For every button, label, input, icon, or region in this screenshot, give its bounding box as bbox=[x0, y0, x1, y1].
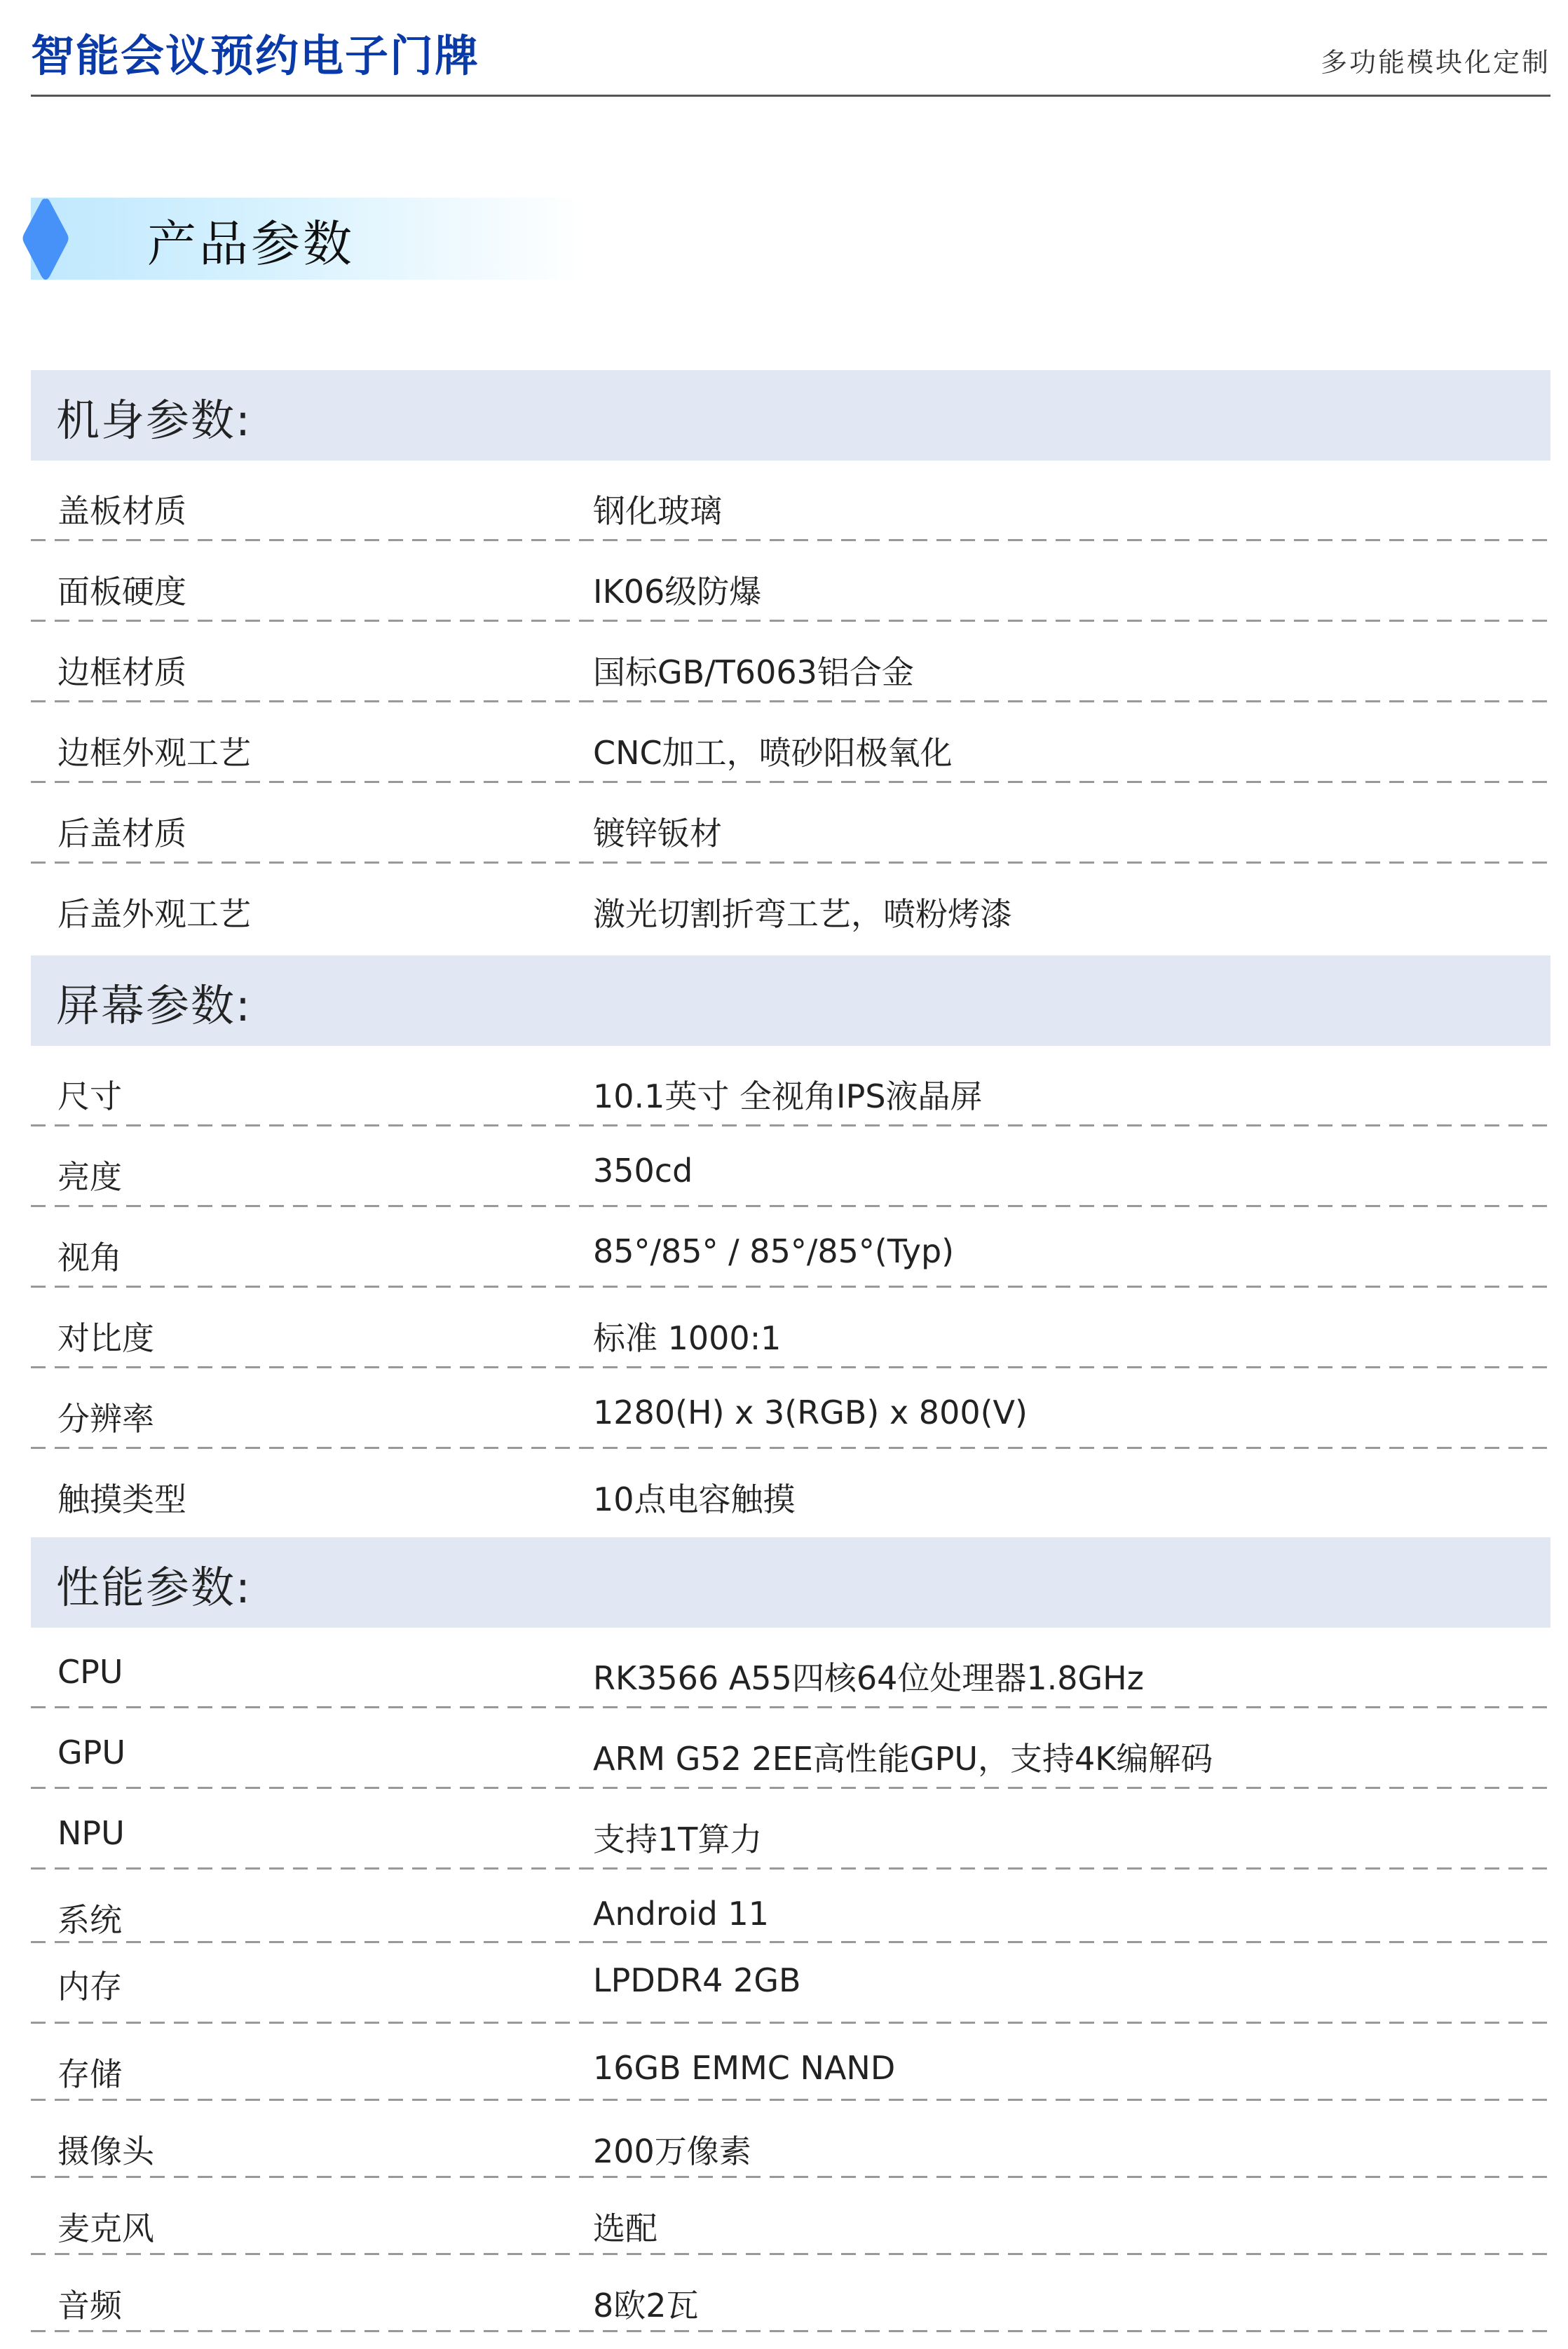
spec-value: 钢化玻璃 bbox=[593, 486, 722, 532]
spec-group-screen: 屏幕参数: 尺寸10.1英寸 全视角IPS液晶屏 亮度350cd 视角85°/8… bbox=[31, 955, 1550, 1530]
spec-value: 1280(H) x 3(RGB) x 800(V) bbox=[593, 1394, 1028, 1431]
spec-value: ARM G52 2EE高性能GPU，支持4K编解码 bbox=[593, 1734, 1213, 1780]
spec-label: 音频 bbox=[57, 2280, 122, 2327]
spec-label: 触摸类型 bbox=[57, 1474, 186, 1520]
group-header: 机身参数: bbox=[31, 370, 1550, 461]
spec-label: 麦克风 bbox=[57, 2203, 154, 2249]
spec-label: 后盖外观工艺 bbox=[57, 889, 251, 935]
page-header: 智能会议预约电子门牌 多功能模块化定制 bbox=[31, 0, 1550, 97]
spec-value: 镀锌钣材 bbox=[593, 808, 722, 855]
group-header: 性能参数: bbox=[31, 1537, 1550, 1628]
spec-label: 存储 bbox=[57, 2049, 122, 2095]
spec-label: 后盖材质 bbox=[57, 808, 186, 855]
group-header: 屏幕参数: bbox=[31, 955, 1550, 1046]
spec-label: 系统 bbox=[57, 1895, 122, 1941]
spec-label: 视角 bbox=[57, 1232, 122, 1279]
spec-value: 选配 bbox=[593, 2203, 657, 2249]
group-title: 机身参数: bbox=[56, 386, 252, 448]
spec-row: 后盖外观工艺激光切割折弯工艺，喷粉烤漆 bbox=[31, 864, 1550, 944]
spec-row: 音频8欧2瓦 bbox=[31, 2255, 1550, 2332]
spec-value: 10.1英寸 全视角IPS液晶屏 bbox=[593, 1071, 983, 1117]
spec-group-performance: 性能参数: CPURK3566 A55四核64位处理器1.8GHz GPUARM… bbox=[31, 1537, 1550, 2332]
spec-row: 摄像头200万像素 bbox=[31, 2101, 1550, 2178]
spec-row: 触摸类型10点电容触摸 bbox=[31, 1449, 1550, 1530]
spec-row: CPURK3566 A55四核64位处理器1.8GHz bbox=[31, 1628, 1550, 1708]
spec-label: CPU bbox=[57, 1653, 123, 1691]
spec-row: 视角85°/85° / 85°/85°(Typ) bbox=[31, 1207, 1550, 1288]
spec-value: 8欧2瓦 bbox=[593, 2280, 699, 2327]
spec-label: 对比度 bbox=[57, 1313, 154, 1359]
spec-value: 10点电容触摸 bbox=[593, 1474, 796, 1520]
spec-row: 亮度350cd bbox=[31, 1126, 1550, 1207]
spec-value: 国标GB/T6063铝合金 bbox=[593, 647, 914, 693]
spec-label: 分辨率 bbox=[57, 1394, 154, 1440]
spec-value: 350cd bbox=[593, 1152, 693, 1190]
spec-label: 摄像头 bbox=[57, 2126, 154, 2172]
spec-label: GPU bbox=[57, 1734, 125, 1771]
diamond-icon bbox=[21, 198, 70, 280]
spec-row: 内存LPDDR4 2GB bbox=[31, 1943, 1550, 2024]
spec-row: 盖板材质钢化玻璃 bbox=[31, 461, 1550, 541]
spec-row: GPUARM G52 2EE高性能GPU，支持4K编解码 bbox=[31, 1708, 1550, 1789]
spec-value: RK3566 A55四核64位处理器1.8GHz bbox=[593, 1653, 1144, 1699]
group-title: 性能参数: bbox=[56, 1553, 252, 1615]
spec-row: 麦克风选配 bbox=[31, 2178, 1550, 2255]
page-title: 智能会议预约电子门牌 bbox=[31, 21, 479, 83]
spec-row: 存储16GB EMMC NAND bbox=[31, 2024, 1550, 2101]
spec-value: Android 11 bbox=[593, 1895, 769, 1933]
spec-value: 标准 1000:1 bbox=[593, 1313, 781, 1359]
spec-row: 边框材质国标GB/T6063铝合金 bbox=[31, 622, 1550, 702]
spec-row: 面板硬度IK06级防爆 bbox=[31, 541, 1550, 622]
spec-row: 边框外观工艺CNC加工，喷砂阳极氧化 bbox=[31, 702, 1550, 783]
spec-label: 边框外观工艺 bbox=[57, 728, 251, 774]
page-subtitle: 多功能模块化定制 bbox=[1321, 41, 1550, 79]
spec-label: 面板硬度 bbox=[57, 566, 186, 613]
spec-value: CNC加工，喷砂阳极氧化 bbox=[593, 728, 953, 774]
spec-row: 对比度标准 1000:1 bbox=[31, 1288, 1550, 1368]
spec-row: 尺寸10.1英寸 全视角IPS液晶屏 bbox=[31, 1046, 1550, 1126]
spec-row: 分辨率1280(H) x 3(RGB) x 800(V) bbox=[31, 1368, 1550, 1449]
spec-value: IK06级防爆 bbox=[593, 566, 761, 613]
spec-value: 200万像素 bbox=[593, 2126, 751, 2172]
spec-label: 边框材质 bbox=[57, 647, 186, 693]
spec-label: 尺寸 bbox=[57, 1071, 122, 1117]
spec-group-body: 机身参数: 盖板材质钢化玻璃 面板硬度IK06级防爆 边框材质国标GB/T606… bbox=[31, 370, 1550, 944]
section-title: 产品参数 bbox=[147, 205, 355, 275]
spec-label: 亮度 bbox=[57, 1152, 122, 1198]
spec-value: 16GB EMMC NAND bbox=[593, 2049, 895, 2087]
spec-value: 激光切割折弯工艺，喷粉烤漆 bbox=[593, 889, 1012, 935]
spec-value: LPDDR4 2GB bbox=[593, 1961, 801, 1999]
group-title: 屏幕参数: bbox=[56, 971, 252, 1033]
spec-value: 85°/85° / 85°/85°(Typ) bbox=[593, 1232, 954, 1270]
spec-label: 盖板材质 bbox=[57, 486, 186, 532]
spec-row: 后盖材质镀锌钣材 bbox=[31, 783, 1550, 864]
spec-row: 系统Android 11 bbox=[31, 1870, 1550, 1943]
spec-row: NPU支持1T算力 bbox=[31, 1789, 1550, 1870]
spec-label: NPU bbox=[57, 1814, 125, 1852]
spec-label: 内存 bbox=[57, 1961, 122, 2008]
spec-value: 支持1T算力 bbox=[593, 1814, 762, 1860]
